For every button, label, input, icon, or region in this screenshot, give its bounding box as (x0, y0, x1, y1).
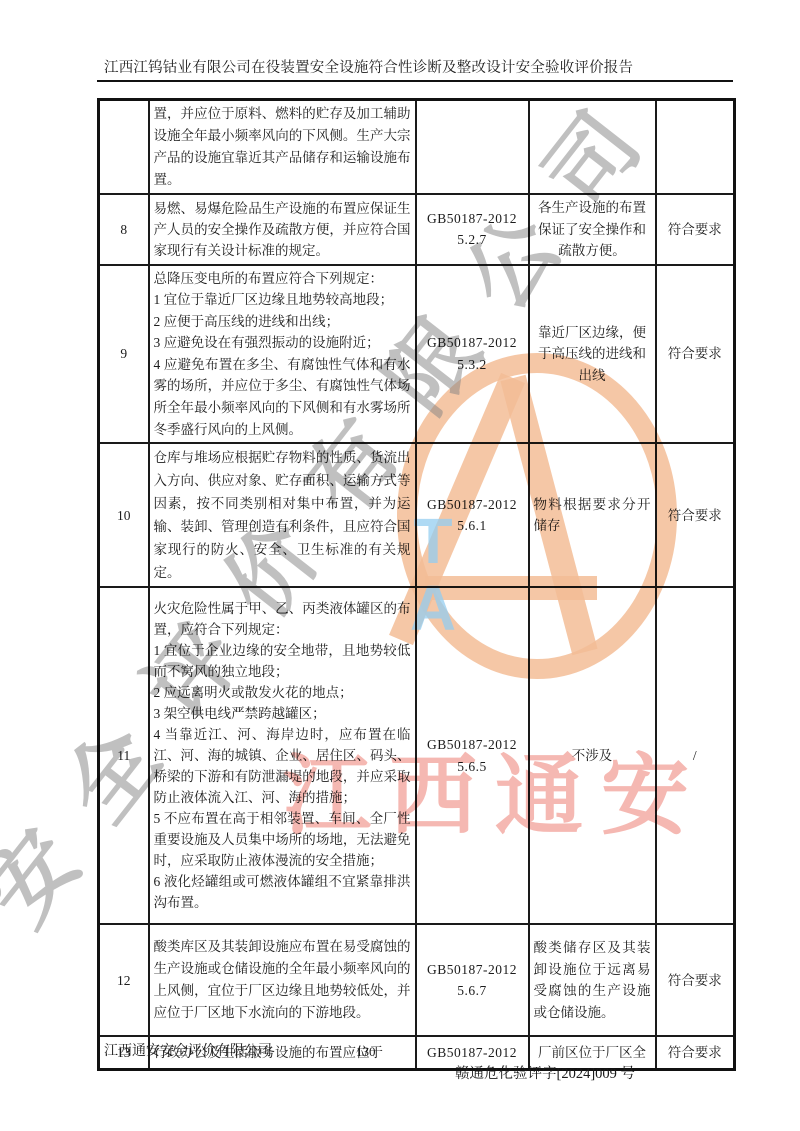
standard-basis-cell: GB50187-2012 5.6.1 (416, 443, 529, 587)
criterion-text-cell: 酸类库区及其装卸设施应布置在易受腐蚀的生产设施或仓储设施的全年最小频率风向的上风… (149, 924, 416, 1036)
table-row-12: 12 酸类库区及其装卸设施应布置在易受腐蚀的生产设施或仓储设施的全年最小频率风向… (99, 924, 735, 1036)
evaluation-result-cell: 物料根据要求分开储存 (529, 443, 656, 587)
standard-basis-cell: GB50187-2012 5.3.2 (416, 265, 529, 444)
evaluation-result-cell: 靠近厂区边缘，便于高压线的进线和出线 (529, 265, 656, 444)
table-row-7-continuation: 置，并应位于原料、燃料的贮存及加工辅助设施全年最小频率风向的下风侧。生产大宗产品… (99, 100, 735, 195)
standard-basis-cell (416, 100, 529, 195)
conclusion-cell: 符合要求 (656, 924, 735, 1036)
evaluation-result-cell: 不涉及 (529, 587, 656, 924)
conclusion-cell: / (656, 587, 735, 924)
conclusion-cell (656, 100, 735, 195)
report-header-title: 江西江钨钴业有限公司在役装置安全设施符合性诊断及整改设计安全验收评价报告 (104, 56, 633, 77)
standard-basis-cell: GB50187-2012 5.6.5 (416, 587, 529, 924)
report-page: 江西江钨钴业有限公司在役装置安全设施符合性诊断及整改设计安全验收评价报告 置，并… (0, 0, 800, 1131)
evaluation-table: 置，并应位于原料、燃料的贮存及加工辅助设施全年最小频率风向的下风侧。生产大宗产品… (97, 98, 736, 1071)
criterion-text-cell: 仓库与堆场应根据贮存物料的性质、货流出入方向、供应对象、贮存面积、运输方式等因素… (149, 443, 416, 587)
standard-basis-cell: GB50187-2012 5.6.7 (416, 924, 529, 1036)
criterion-text-cell: 置，并应位于原料、燃料的贮存及加工辅助设施全年最小频率风向的下风侧。生产大宗产品… (149, 100, 416, 195)
row-number-cell: 9 (99, 265, 149, 444)
standard-basis-cell: GB50187-2012 5.2.7 (416, 194, 529, 265)
evaluation-result-cell: 酸类储存区及其装卸设施位于远离易受腐蚀的生产设施或仓储设施。 (529, 924, 656, 1036)
row-number-cell: 12 (99, 924, 149, 1036)
footer-company-name: 江西通安安全评价有限公司 (104, 1040, 272, 1060)
conclusion-cell: 符合要求 (656, 1036, 735, 1069)
table-row-11: 11 火灾危险性属于甲、乙、丙类液体罐区的布置，应符合下列规定： 1 宜位于企业… (99, 587, 735, 924)
conclusion-cell: 符合要求 (656, 265, 735, 444)
footer-page-number: 130 (356, 1044, 376, 1060)
table-row-10: 10 仓库与堆场应根据贮存物料的性质、货流出入方向、供应对象、贮存面积、运输方式… (99, 443, 735, 587)
row-number-cell (99, 100, 149, 195)
evaluation-result-cell: 各生产设施的布置保证了安全操作和疏散方便。 (529, 194, 656, 265)
criterion-text-cell: 火灾危险性属于甲、乙、丙类液体罐区的布置，应符合下列规定： 1 宜位于企业边缘的… (149, 587, 416, 924)
evaluation-result-cell (529, 100, 656, 195)
criterion-text-cell: 易燃、易爆危险品生产设施的布置应保证生产人员的安全操作及疏散方便，并应符合国家现… (149, 194, 416, 265)
criterion-text-cell: 总降压变电所的布置应符合下列规定： 1 宜位于靠近厂区边缘且地势较高地段； 2 … (149, 265, 416, 444)
row-number-cell: 11 (99, 587, 149, 924)
conclusion-cell: 符合要求 (656, 194, 735, 265)
row-number-cell: 10 (99, 443, 149, 587)
footer-document-number: 赣通危化验评字[2024]009 号 (455, 1062, 635, 1083)
header-rule (97, 80, 733, 82)
conclusion-cell: 符合要求 (656, 443, 735, 587)
row-number-cell: 8 (99, 194, 149, 265)
table-row-8: 8 易燃、易爆危险品生产设施的布置应保证生产人员的安全操作及疏散方便，并应符合国… (99, 194, 735, 265)
table-row-9: 9 总降压变电所的布置应符合下列规定： 1 宜位于靠近厂区边缘且地势较高地段； … (99, 265, 735, 444)
